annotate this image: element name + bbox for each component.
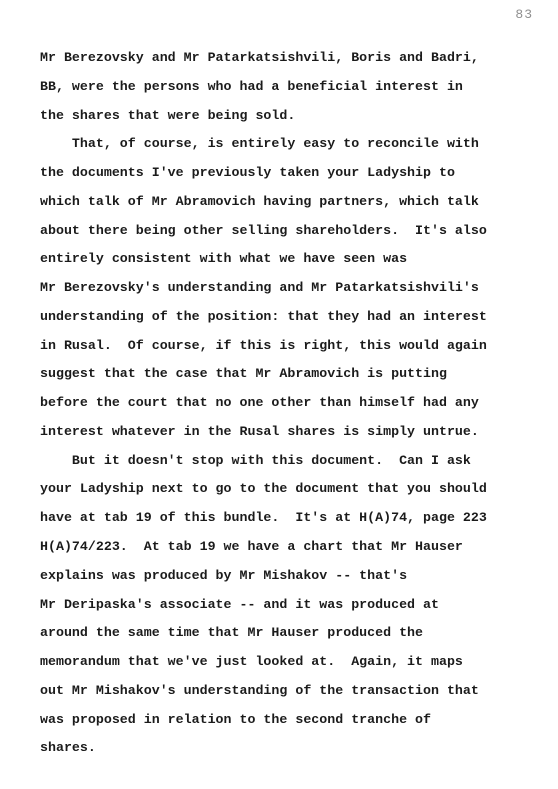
transcript-line: interest whatever in the Rusal shares is… xyxy=(40,418,540,447)
transcript-line: was proposed in relation to the second t… xyxy=(40,706,540,735)
transcript-line: around the same time that Mr Hauser prod… xyxy=(40,619,540,648)
transcript-line: in Rusal. Of course, if this is right, t… xyxy=(40,332,540,361)
page-number: 83 xyxy=(515,7,533,22)
transcript-line: Mr Berezovsky and Mr Patarkatsishvili, B… xyxy=(40,44,540,73)
transcript-line: BB, were the persons who had a beneficia… xyxy=(40,73,540,102)
document-page: 83 Mr Berezovsky and Mr Patarkatsishvili… xyxy=(0,0,558,789)
transcript-line: which talk of Mr Abramovich having partn… xyxy=(40,188,540,217)
transcript-line: Mr Deripaska's associate -- and it was p… xyxy=(40,591,540,620)
transcript-line: have at tab 19 of this bundle. It's at H… xyxy=(40,504,540,533)
transcript-line: Mr Berezovsky's understanding and Mr Pat… xyxy=(40,274,540,303)
transcript-line: understanding of the position: that they… xyxy=(40,303,540,332)
transcript-line: about there being other selling sharehol… xyxy=(40,217,540,246)
transcript-line: But it doesn't stop with this document. … xyxy=(40,447,540,476)
transcript-line: H(A)74/223. At tab 19 we have a chart th… xyxy=(40,533,540,562)
transcript-line: explains was produced by Mr Mishakov -- … xyxy=(40,562,540,591)
transcript-line: before the court that no one other than … xyxy=(40,389,540,418)
transcript-line: suggest that the case that Mr Abramovich… xyxy=(40,360,540,389)
transcript-line: the documents I've previously taken your… xyxy=(40,159,540,188)
transcript-line: out Mr Mishakov's understanding of the t… xyxy=(40,677,540,706)
transcript-line: That, of course, is entirely easy to rec… xyxy=(40,130,540,159)
transcript-line: entirely consistent with what we have se… xyxy=(40,245,540,274)
transcript-line: memorandum that we've just looked at. Ag… xyxy=(40,648,540,677)
transcript-body: Mr Berezovsky and Mr Patarkatsishvili, B… xyxy=(40,44,540,763)
transcript-line: shares. xyxy=(40,734,540,763)
transcript-line: the shares that were being sold. xyxy=(40,102,540,131)
transcript-line: your Ladyship next to go to the document… xyxy=(40,475,540,504)
